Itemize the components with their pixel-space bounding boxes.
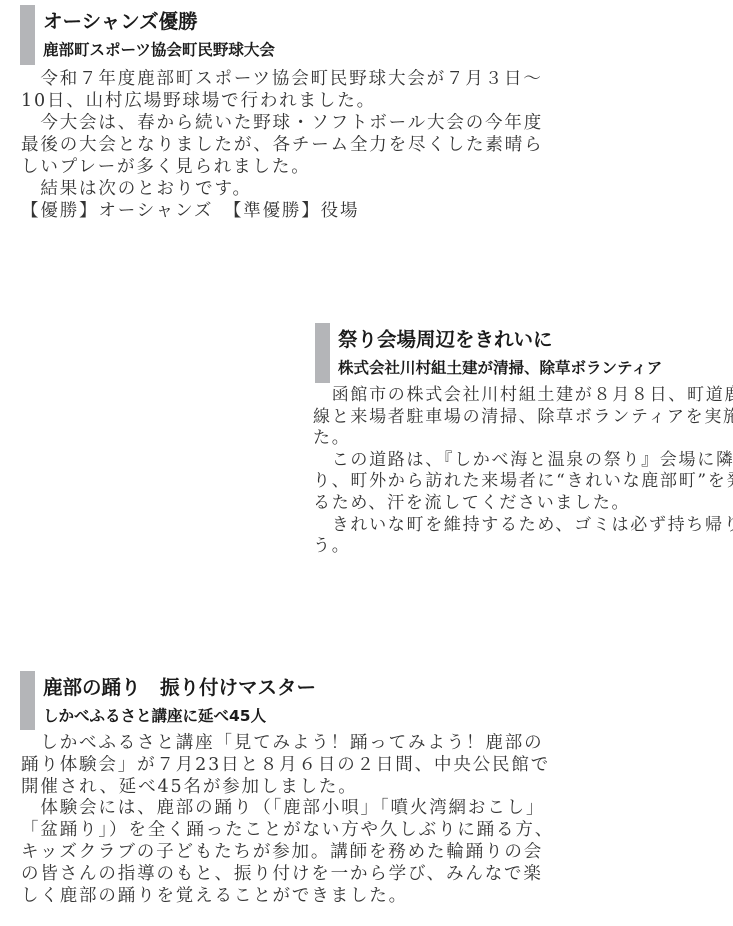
body-line: 体験会には、鹿部の踊り（「鹿部小唄」「噴火湾網おこし」 — [21, 798, 554, 820]
article-title: 鹿部の踊り 振り付けマスター — [43, 671, 554, 701]
article-body: 令和７年度鹿部町スポーツ協会町民野球大会が７月３日～ 10日、山村広場野球場で行… — [21, 68, 543, 222]
body-line: しいプレーが多く見られました。 — [21, 156, 543, 178]
body-line: 開催され、延べ45名が参加しました。 — [21, 777, 554, 799]
article-shikabe-dance: 鹿部の踊り 振り付けマスター しかべふるさと講座に延べ45人 しかべふるさと講座… — [20, 671, 554, 907]
results-line: 【優勝】オーシャンズ 【準優勝】役場 — [21, 200, 543, 222]
body-line: 結果は次のとおりです。 — [21, 178, 543, 200]
body-line: た。 — [313, 428, 733, 450]
body-line: この道路は、『しかべ海と温泉の祭り』会場に隣接してお — [313, 450, 733, 472]
body-line: きれいな町を維持するため、ゴミは必ず持ち帰りましょ — [313, 515, 733, 537]
body-line: 函館市の株式会社川村組土建が８月８日、町道鹿部海岸 — [313, 385, 733, 407]
article-body: 函館市の株式会社川村組土建が８月８日、町道鹿部海岸 線と来場者駐車場の清掃、除草… — [313, 385, 733, 558]
article-subtitle: 鹿部町スポーツ協会町民野球大会 — [43, 35, 543, 66]
body-line: 踊り体験会」が７月23日と８月６日の２日間、中央公民館で — [21, 755, 554, 777]
body-line: 線と来場者駐車場の清掃、除草ボランティアを実施しまし — [313, 407, 733, 429]
article-heading: 鹿部の踊り 振り付けマスター しかべふるさと講座に延べ45人 — [20, 671, 554, 730]
article-heading: オーシャンズ優勝 鹿部町スポーツ協会町民野球大会 — [20, 5, 543, 65]
body-line: り、町外から訪れた来場者に“きれいな鹿部町”を発信す — [313, 471, 733, 493]
body-line: う。 — [313, 536, 733, 558]
article-body: しかべふるさと講座「見てみよう！踊ってみよう！鹿部の 踊り体験会」が７月23日と… — [21, 733, 554, 907]
heading-accent-bar — [315, 323, 330, 383]
article-subtitle: 株式会社川村組土建が清掃、除草ボランティア — [338, 353, 733, 384]
heading-accent-bar — [20, 5, 35, 65]
body-line: るため、汗を流してくださいました。 — [313, 493, 733, 515]
body-line: 10日、山村広場野球場で行われました。 — [21, 90, 543, 112]
body-line: の皆さんの指導のもと、振り付けを一から学び、みんなで楽 — [21, 864, 554, 886]
article-baseball-tournament: オーシャンズ優勝 鹿部町スポーツ協会町民野球大会 令和７年度鹿部町スポーツ協会町… — [20, 5, 543, 222]
heading-accent-bar — [20, 671, 35, 730]
body-line: 最後の大会となりましたが、各チーム全力を尽くした素晴ら — [21, 134, 543, 156]
body-line: しく鹿部の踊りを覚えることができました。 — [21, 886, 554, 908]
body-line: 「盆踊り」）を全く踊ったことがない方や久しぶりに踊る方、 — [21, 820, 554, 842]
body-line: 今大会は、春から続いた野球・ソフトボール大会の今年度 — [21, 112, 543, 134]
article-subtitle: しかべふるさと講座に延べ45人 — [43, 701, 554, 732]
article-title: 祭り会場周辺をきれいに — [338, 323, 733, 353]
article-festival-cleanup: 祭り会場周辺をきれいに 株式会社川村組土建が清掃、除草ボランティア 函館市の株式… — [315, 323, 733, 558]
article-title: オーシャンズ優勝 — [43, 5, 543, 35]
article-heading: 祭り会場周辺をきれいに 株式会社川村組土建が清掃、除草ボランティア — [315, 323, 733, 383]
body-line: キッズクラブの子どもたちが参加。講師を務めた輪踊りの会 — [21, 842, 554, 864]
body-line: 令和７年度鹿部町スポーツ協会町民野球大会が７月３日～ — [21, 68, 543, 90]
body-line: しかべふるさと講座「見てみよう！踊ってみよう！鹿部の — [21, 733, 554, 755]
